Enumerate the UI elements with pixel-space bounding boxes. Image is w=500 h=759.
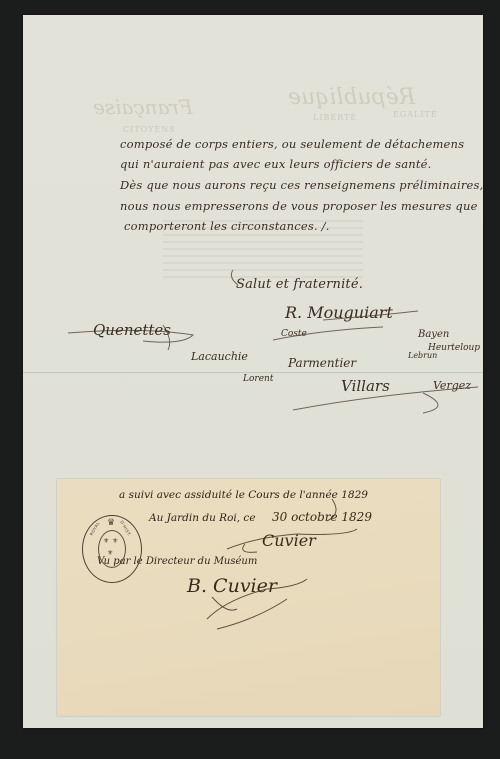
card-line-1: a suivi avec assiduité le Cours de l'ann… <box>119 489 368 501</box>
body-line-3: Dès que nous aurons reçu ces renseigneme… <box>120 178 484 192</box>
closing-salutation: Salut et fraternité. <box>236 277 363 292</box>
signature-quenettes: Quenettes <box>93 321 171 339</box>
body-line-1: composé de corps entiers, ou seulement d… <box>120 137 464 151</box>
ghost-print-2: LIBERTÉ <box>313 113 357 122</box>
signature-lacauchie: Lacauchie <box>191 350 248 363</box>
director-signature: B. Cuvier <box>187 575 277 597</box>
ghost-print-1: CITOYENS <box>123 125 176 134</box>
signature-parmentier: Parmentier <box>288 356 356 370</box>
signature-heurteloup: Heurteloup <box>428 343 480 353</box>
signature-bayen: Bayen <box>418 329 449 340</box>
body-line-5: comporteront les circonstances. /. <box>124 219 330 233</box>
signature-vergez: Vergez <box>433 379 471 392</box>
crown-icon: ♛ <box>107 518 115 528</box>
card-line-2-prefix: Au Jardin du Roi, ce <box>149 512 256 524</box>
signature-coste: Coste <box>281 329 307 339</box>
signature-villars: Villars <box>341 377 390 395</box>
professor-signature: Cuvier <box>262 531 316 550</box>
signature-mouguiart: R. Mouguiart <box>285 303 393 322</box>
ghost-print-3: EGALITÉ <box>393 110 438 119</box>
body-line-2: qui n'auraient pas avec eux leurs offici… <box>120 157 432 171</box>
signature-lorent: Lorent <box>243 374 273 384</box>
card-date: 30 octobre 1829 <box>272 510 372 524</box>
museum-seal: ROYAL D'HIST. ⚜ ⚜ ⚜ ♛ <box>82 515 142 583</box>
coat-of-arms-icon: ⚜ ⚜ ⚜ <box>98 530 126 568</box>
body-line-4: nous nous empresserons de vous proposer … <box>120 199 478 213</box>
letterhead-left-ghost: Française <box>93 95 193 119</box>
certificate-card: a suivi avec assiduité le Cours de l'ann… <box>57 479 440 716</box>
letterhead-right-ghost: République <box>288 85 415 110</box>
fold-line <box>23 372 483 373</box>
